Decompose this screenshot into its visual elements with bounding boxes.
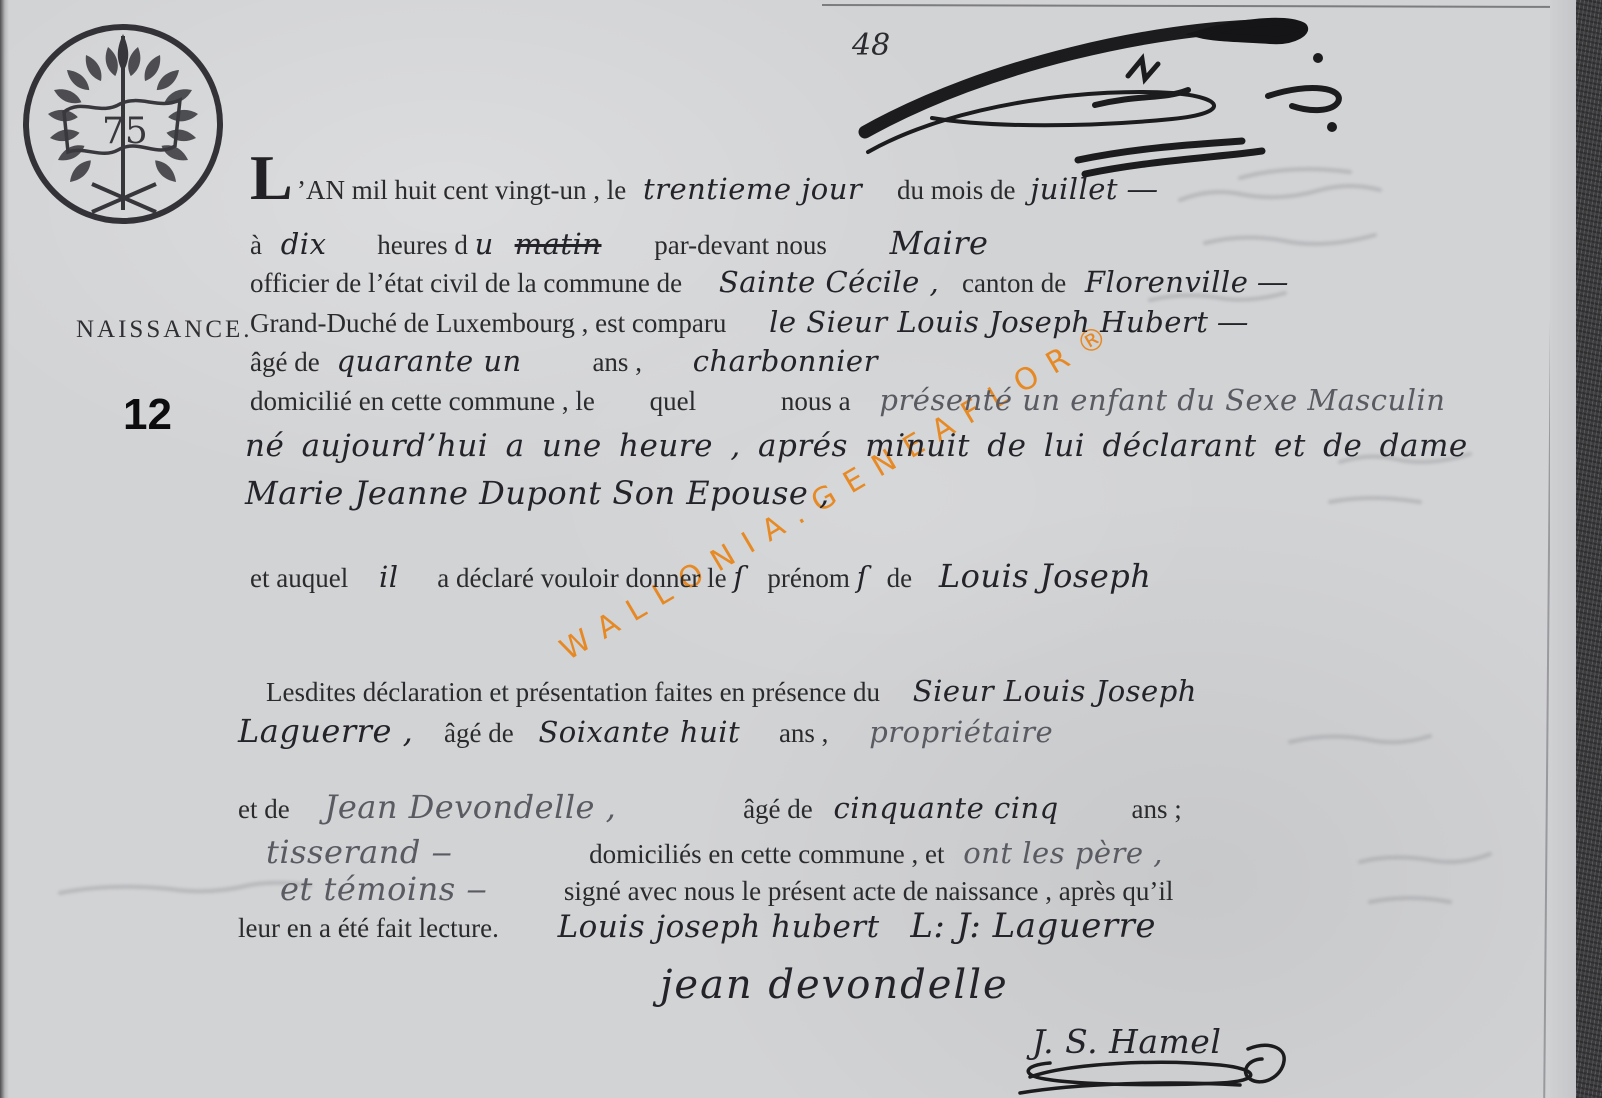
official-stamp-icon: 75 <box>12 12 234 234</box>
handwritten-canton: Florenville ― <box>1085 265 1288 299</box>
handwritten-declarant: le Sieur Louis Joseph Hubert ― <box>769 305 1248 339</box>
handwritten-commune: Sainte Cécile , <box>719 265 939 299</box>
printed-text: signé avec nous le présent acte de naiss… <box>564 876 1174 906</box>
act-line-8: Marie Jeanne Dupont Son Epouse , <box>245 474 830 512</box>
handwritten-struck-word: matin <box>515 227 602 261</box>
signature-father: Louis joseph hubert <box>558 909 880 945</box>
handwritten-witness1-age: Soixante huit <box>538 715 740 749</box>
printed-text: âgé de <box>444 718 514 748</box>
act-line-7: né aujourd’hui a une heure , aprés minui… <box>245 428 1468 464</box>
handwritten-pronoun: il <box>379 560 399 594</box>
printed-text: à <box>250 230 262 260</box>
handwritten-officer-title: Maire <box>890 224 989 262</box>
stamp-number: 75 <box>102 111 148 152</box>
act-line-6: domicilié en cette commune , le quel nou… <box>250 383 1445 417</box>
handwritten-witness1-profession: propriétaire <box>869 715 1053 749</box>
handwritten-insertion: et témoins ‒ <box>280 870 487 908</box>
handwritten-witness1-name: Sieur Louis Joseph <box>913 674 1197 708</box>
act-number: 12 <box>123 390 172 440</box>
printed-text: a déclaré vouloir donner le <box>437 563 726 593</box>
handwritten-age: quarante un <box>336 344 521 378</box>
handwritten-letter: u <box>475 227 494 261</box>
printed-text: par-devant nous <box>654 230 827 260</box>
handwritten-day: trentieme jour <box>643 172 862 206</box>
act-line-1: ’AN mil huit cent vingt-un , le trentiem… <box>297 172 1157 206</box>
handwritten-insertion: ont les père , <box>963 836 1163 870</box>
printed-text: ans , <box>592 347 642 377</box>
printed-text: âgé de <box>743 794 813 824</box>
printed-text: officier de l’état civil de la commune d… <box>250 268 682 298</box>
printed-text: heures d <box>377 230 468 260</box>
signature-paraph <box>1010 1035 1300 1098</box>
act-line-14: et témoins ‒ signé avec nous le présent … <box>280 870 1173 908</box>
printed-text: nous a <box>781 386 851 416</box>
act-line-4: Grand-Duché de Luxembourg , est comparu … <box>250 305 1248 339</box>
printed-text: quel <box>650 386 697 416</box>
printed-text: âgé de <box>250 347 320 377</box>
handwritten-profession: charbonnier <box>693 344 878 378</box>
act-line-13: tisserand ‒ domiciliés en cette commune … <box>266 833 1163 871</box>
printed-text: leur en a été fait lecture. <box>238 913 499 943</box>
printed-text: du mois de <box>897 175 1016 205</box>
printed-text: ’AN mil huit cent vingt-un , le <box>297 175 626 205</box>
act-line-12: et de Jean Devondelle , âgé de cinquante… <box>238 788 1182 826</box>
act-line-11: Laguerre , âgé de Soixante huit ans , pr… <box>238 712 1053 750</box>
printed-text: ans ; <box>1131 794 1181 824</box>
act-line-15: leur en a été fait lecture. Louis joseph… <box>238 906 1156 946</box>
printed-text: Lesdites déclaration et présentation fai… <box>266 677 880 707</box>
ink-signature-flourish <box>840 0 1380 185</box>
act-line-10: Lesdites déclaration et présentation fai… <box>266 674 1197 708</box>
act-line-3: officier de l’état civil de la commune d… <box>250 265 1288 299</box>
handwritten-witness2-age: cinquante cinq <box>834 791 1059 825</box>
act-line-5: âgé de quarante un ans , charbonnier <box>250 344 878 378</box>
drop-cap-initial: L <box>250 146 293 210</box>
birth-act-scan: 75 NAISSANCE. 12 48 WALLONIA.GENEAFLOR® … <box>0 0 1602 1098</box>
printed-text: ans , <box>779 718 829 748</box>
handwritten-witness2-profession: tisserand ‒ <box>266 833 452 871</box>
printed-text: Grand-Duché de Luxembourg , est comparu <box>250 308 726 338</box>
handwritten-birth-details: né aujourd’hui a une heure , aprés minui… <box>245 428 1468 464</box>
signature-witness2: jean devondelle <box>660 962 1009 1008</box>
handwritten-long-s: ſ <box>857 560 868 594</box>
handwritten-long-s: ſ <box>733 560 744 594</box>
act-line-16: jean devondelle <box>660 962 1009 1008</box>
printed-text: domicilié en cette commune , le <box>250 386 595 416</box>
handwritten-hour: dix <box>281 227 327 261</box>
printed-text: prénom <box>767 563 849 593</box>
handwritten-witness2-name: Jean Devondelle , <box>324 788 616 826</box>
handwritten-mother-name: Marie Jeanne Dupont Son Epouse , <box>245 474 830 512</box>
printed-text: domiciliés en cette commune , et <box>589 839 944 869</box>
printed-text: canton de <box>962 268 1066 298</box>
printed-text: et de <box>238 794 290 824</box>
act-type-label: NAISSANCE. <box>76 316 253 344</box>
act-line-2: à dix heures d u matin par-devant nous M… <box>250 224 988 262</box>
handwritten-child-names: Louis Joseph <box>939 557 1152 595</box>
printed-text: de <box>887 563 912 593</box>
handwritten-witness1-surname: Laguerre , <box>238 712 413 750</box>
handwritten-child-presentation: présenté un enfant du Sexe Masculin <box>879 383 1445 417</box>
act-line-9: et auquel il a déclaré vouloir donner le… <box>250 557 1151 595</box>
printed-text: et auquel <box>250 563 348 593</box>
handwritten-month: juillet ― <box>1030 172 1157 206</box>
signature-witness1: L: J: Laguerre <box>910 906 1156 946</box>
